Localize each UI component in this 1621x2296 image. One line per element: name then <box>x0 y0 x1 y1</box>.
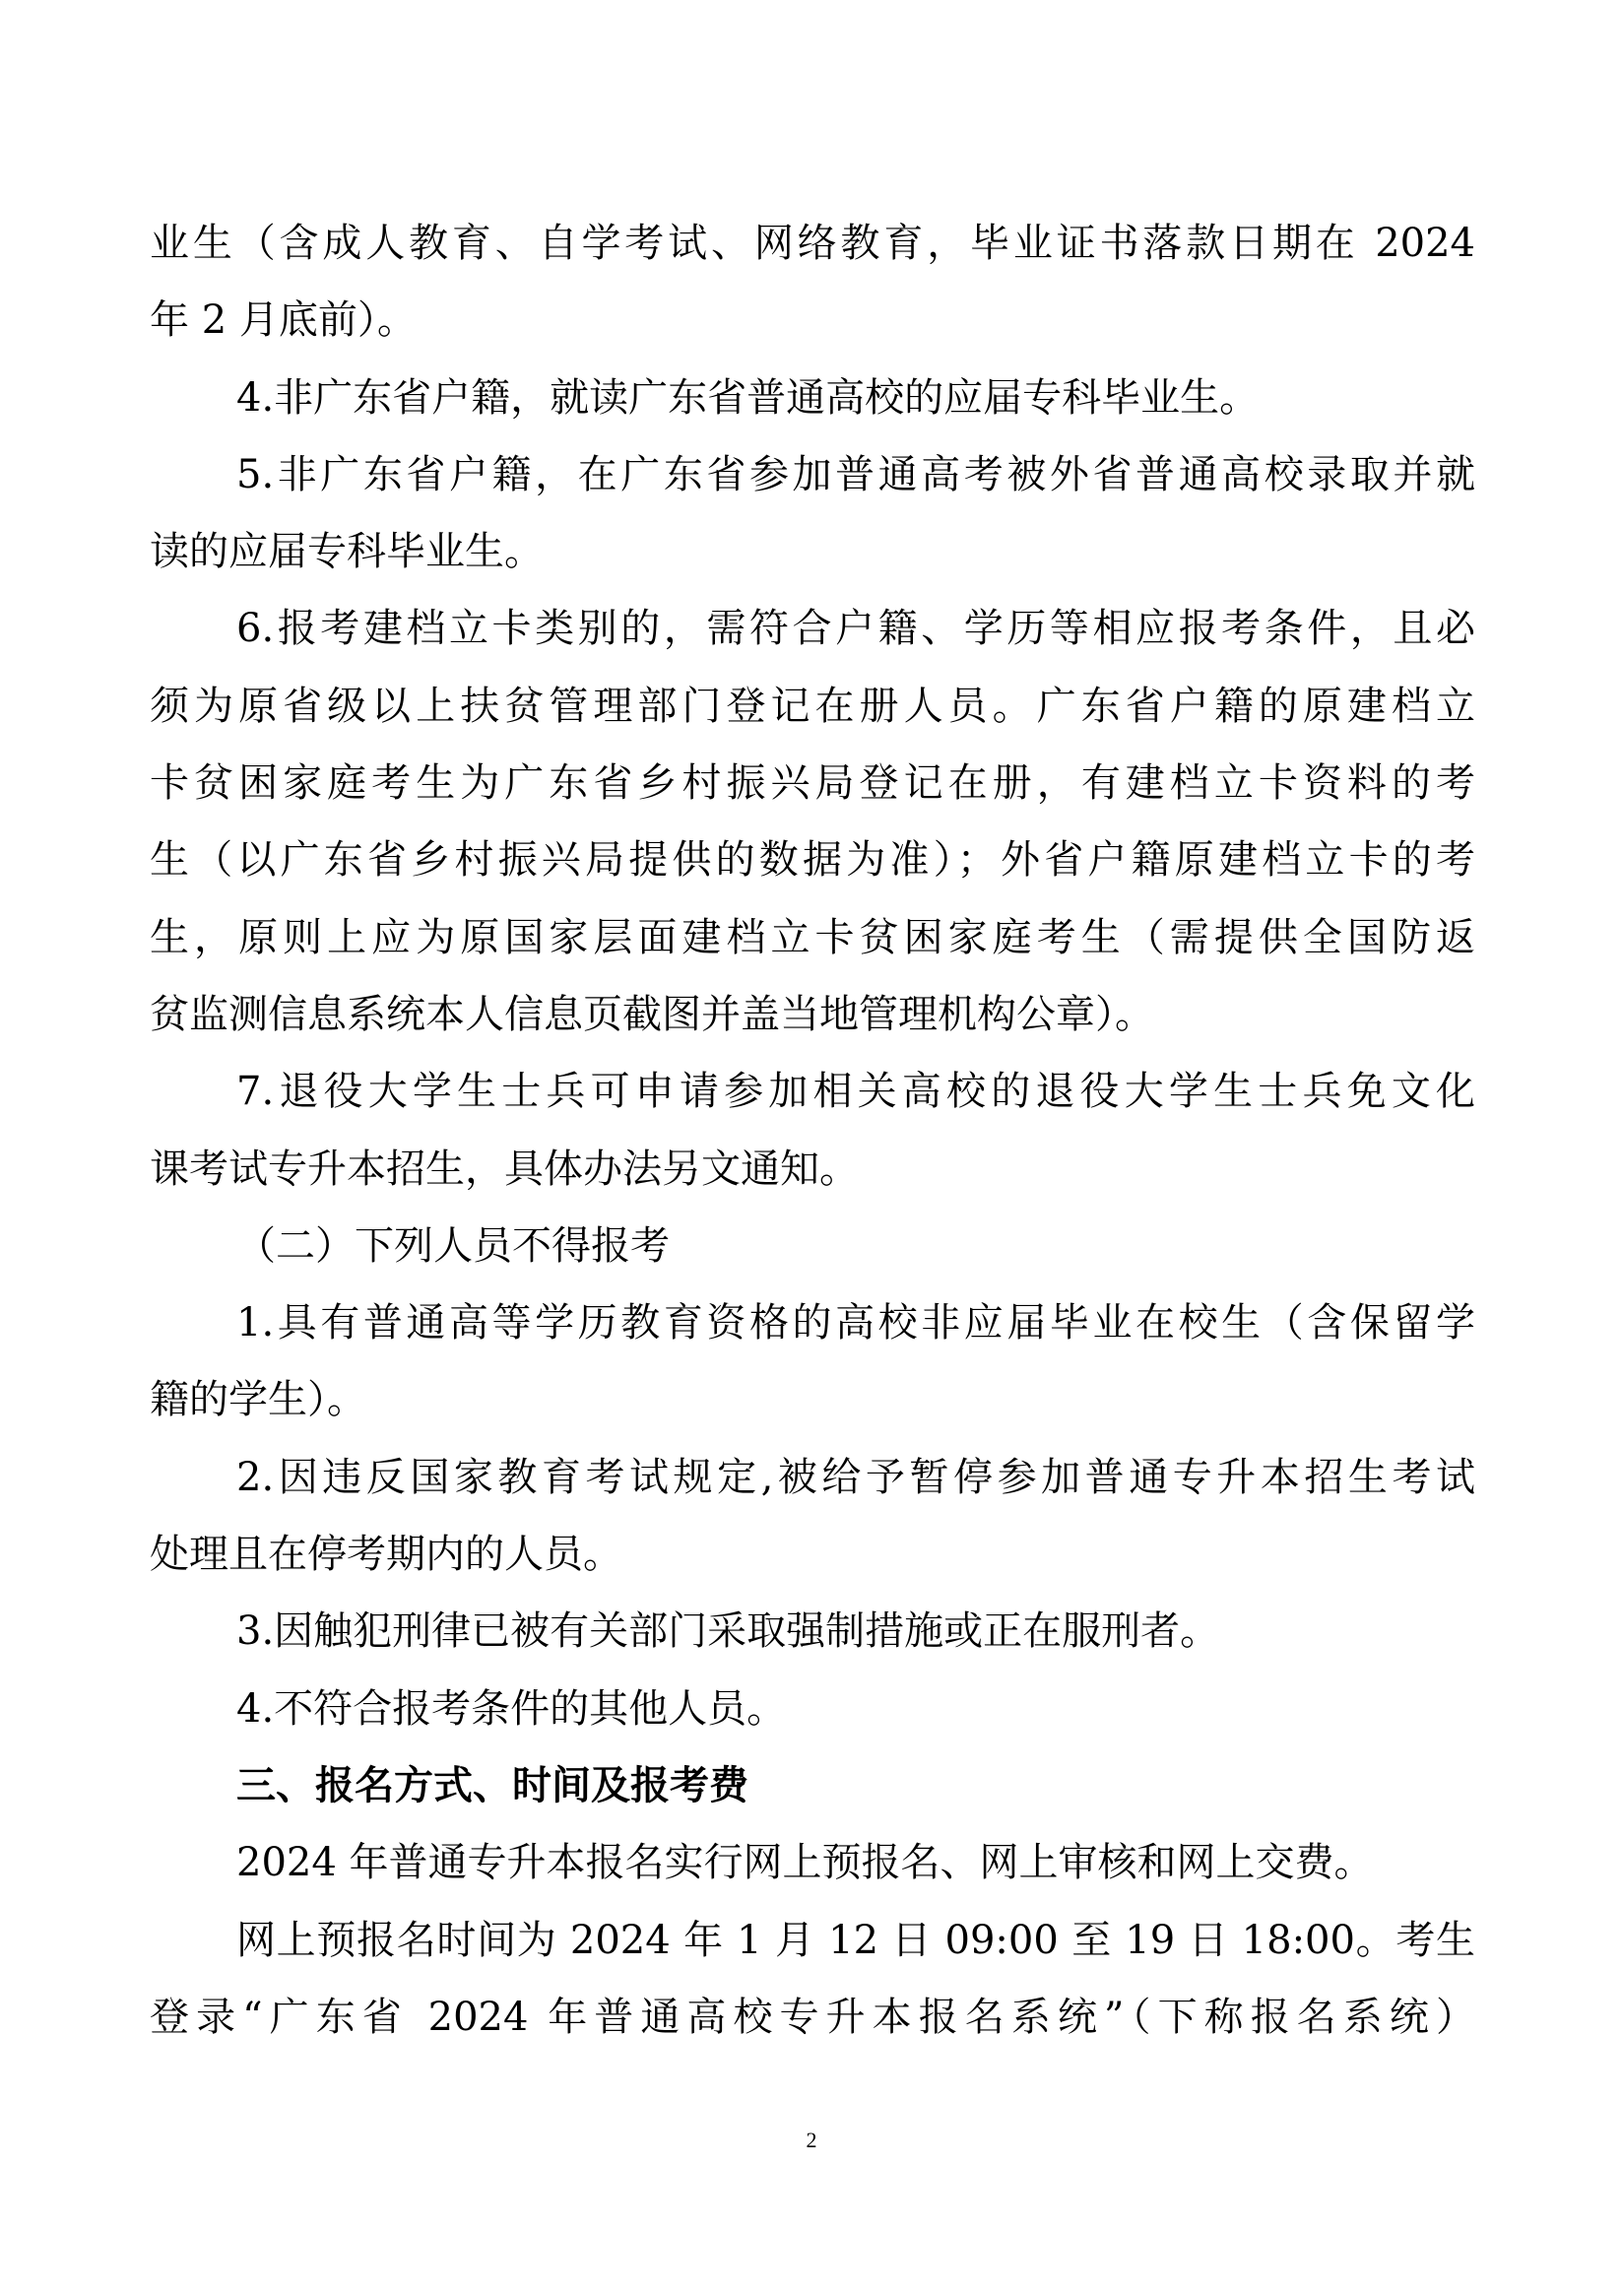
paragraph-line: 课考试专升本招生，具体办法另文通知。 <box>150 1131 1475 1208</box>
subsection-heading: （二）下列人员不得报考 <box>150 1208 1475 1284</box>
paragraph-line: 5.非广东省户籍，在广东省参加普通高考被外省普通高校录取并就 <box>150 436 1475 513</box>
paragraph-line: 1.具有普通高等学历教育资格的高校非应届毕业在校生（含保留学 <box>150 1284 1475 1361</box>
paragraph-line: 读的应届专科毕业生。 <box>150 513 1475 590</box>
paragraph-line: 4.非广东省户籍，就读广东省普通高校的应届专科毕业生。 <box>150 360 1475 436</box>
paragraph-line: 贫监测信息系统本人信息页截图并盖当地管理机构公章）。 <box>150 976 1475 1053</box>
paragraph-line: 业生（含成人教育、自学考试、网络教育，毕业证书落款日期在 2024 <box>150 205 1475 282</box>
paragraph-line: 2.因违反国家教育考试规定,被给予暂停参加普通专升本招生考试 <box>150 1439 1475 1516</box>
paragraph-line: 7.退役大学生士兵可申请参加相关高校的退役大学生士兵免文化 <box>150 1053 1475 1130</box>
paragraph-line: 年 2 月底前）。 <box>150 282 1475 359</box>
paragraph-line: 网上预报名时间为 2024 年 1 月 12 日 09:00 至 19 日 18… <box>150 1902 1475 1979</box>
paragraph-line: 6.报考建档立卡类别的，需符合户籍、学历等相应报考条件，且必 <box>150 590 1475 667</box>
paragraph-line: 登录“广东省 2024 年普通高校专升本报名系统”（下称报名系统） <box>150 1979 1475 2056</box>
paragraph-line: 3.因触犯刑律已被有关部门采取强制措施或正在服刑者。 <box>150 1593 1475 1670</box>
paragraph-line: 处理且在停考期内的人员。 <box>150 1516 1475 1593</box>
paragraph-line: 籍的学生）。 <box>150 1361 1475 1438</box>
paragraph-line: 须为原省级以上扶贫管理部门登记在册人员。广东省户籍的原建档立 <box>150 668 1475 745</box>
document-page: 业生（含成人教育、自学考试、网络教育，毕业证书落款日期在 2024 年 2 月底… <box>0 0 1621 2296</box>
section-heading: 三、报名方式、时间及报考费 <box>150 1747 1475 1824</box>
paragraph-line: 4.不符合报考条件的其他人员。 <box>150 1671 1475 1747</box>
paragraph-line: 生（以广东省乡村振兴局提供的数据为准）；外省户籍原建档立卡的考 <box>150 821 1475 898</box>
page-number: 2 <box>800 2128 823 2153</box>
paragraph-line: 生，原则上应为原国家层面建档立卡贫困家庭考生（需提供全国防返 <box>150 899 1475 976</box>
document-body: 业生（含成人教育、自学考试、网络教育，毕业证书落款日期在 2024 年 2 月底… <box>150 205 1475 2056</box>
paragraph-line: 卡贫困家庭考生为广东省乡村振兴局登记在册，有建档立卡资料的考 <box>150 745 1475 821</box>
paragraph-line: 2024 年普通专升本报名实行网上预报名、网上审核和网上交费。 <box>150 1824 1475 1901</box>
